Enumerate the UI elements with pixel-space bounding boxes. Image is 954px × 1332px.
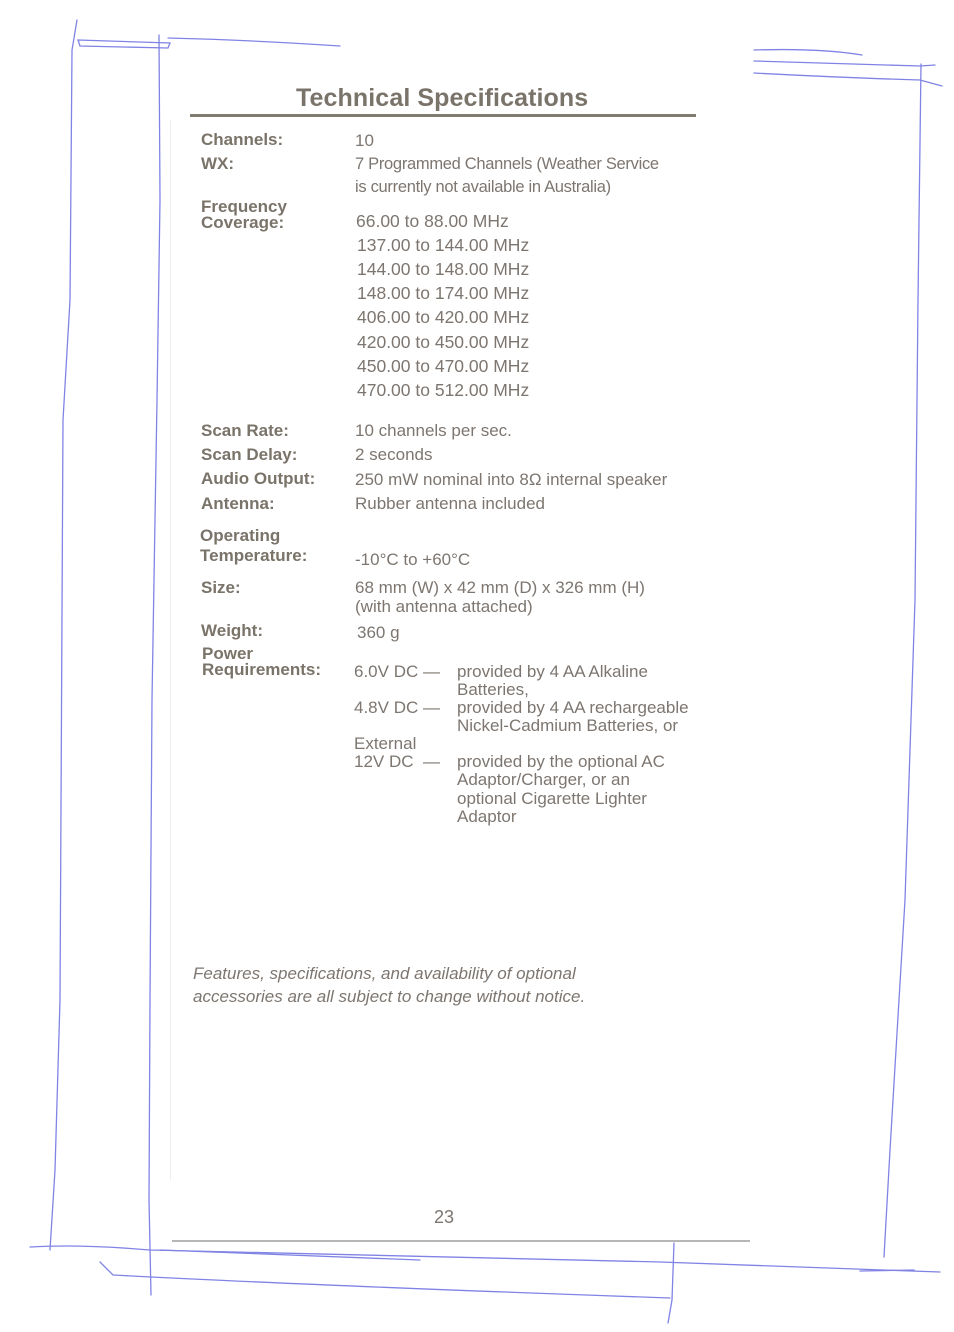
spec-value-wx-line2: is currently not available in Australia) xyxy=(355,178,611,197)
spec-value-audio-output: 250 mW nominal into 8Ω internal speaker xyxy=(355,470,667,489)
power-desc-1a: provided by 4 AA Alkaline xyxy=(457,663,648,681)
frequency-range: 66.00 to 88.00 MHz xyxy=(356,212,509,231)
power-desc-2a: provided by 4 AA rechargeable xyxy=(457,699,689,717)
spec-value-antenna: Rubber antenna included xyxy=(355,494,545,513)
spec-label-scan-delay: Scan Delay: xyxy=(201,447,297,463)
page-bottom-edge xyxy=(172,1240,750,1242)
frequency-range: 148.00 to 174.00 MHz xyxy=(357,284,529,303)
spec-label-temperature-1: Operating xyxy=(200,528,280,544)
spec-value-scan-delay: 2 seconds xyxy=(355,445,433,464)
spec-label-channels: Channels: xyxy=(201,132,283,148)
power-voltage-1: 6.0V DC — xyxy=(354,663,440,681)
power-voltage-2: 4.8V DC — xyxy=(354,699,440,717)
page-title: Technical Specifications xyxy=(296,84,588,113)
title-underline xyxy=(190,114,696,117)
spec-value-size-line2: (with antenna attached) xyxy=(355,597,533,616)
disclaimer-line-2: accessories are all subject to change wi… xyxy=(193,985,585,1008)
power-desc-1b: Batteries, xyxy=(457,681,529,699)
power-desc-3d: Adaptor xyxy=(457,808,517,826)
spec-value-scan-rate: 10 channels per sec. xyxy=(355,421,512,440)
spec-label-power-2: Requirements: xyxy=(202,662,321,678)
page-number: 23 xyxy=(434,1207,454,1228)
spec-value-wx-line1: 7 Programmed Channels (Weather Service xyxy=(355,155,659,174)
frequency-range: 470.00 to 512.00 MHz xyxy=(357,381,529,400)
spec-value-channels: 10 xyxy=(355,131,374,150)
power-desc-2b: Nickel-Cadmium Batteries, or xyxy=(457,717,678,735)
power-desc-3c: optional Cigarette Lighter xyxy=(457,790,647,808)
frequency-range: 420.00 to 450.00 MHz xyxy=(357,333,529,352)
frequency-range: 406.00 to 420.00 MHz xyxy=(357,308,529,327)
page-edge xyxy=(170,120,171,1180)
spec-value-size-line1: 68 mm (W) x 42 mm (D) x 326 mm (H) xyxy=(355,578,645,597)
spec-label-size: Size: xyxy=(201,580,241,596)
spec-label-antenna: Antenna: xyxy=(201,496,275,512)
power-desc-3a: provided by the optional AC xyxy=(457,753,665,771)
disclaimer-line-1: Features, specifications, and availabili… xyxy=(193,962,585,985)
spec-label-scan-rate: Scan Rate: xyxy=(201,423,289,439)
power-voltage-3-prefix: External xyxy=(354,735,416,753)
spec-label-temperature-2: Temperature: xyxy=(200,548,307,564)
spec-value-temperature: -10°C to +60°C xyxy=(355,550,470,569)
spec-label-frequency-2: Coverage: xyxy=(201,215,284,231)
spec-label-audio-output: Audio Output: xyxy=(201,471,315,487)
spec-label-wx: WX: xyxy=(201,156,234,172)
power-voltage-3: 12V DC — xyxy=(354,753,440,771)
power-desc-3b: Adaptor/Charger, or an xyxy=(457,771,630,789)
spec-value-weight: 360 g xyxy=(357,623,400,642)
spec-label-weight: Weight: xyxy=(201,623,263,639)
frequency-range: 450.00 to 470.00 MHz xyxy=(357,357,529,376)
frequency-range: 137.00 to 144.00 MHz xyxy=(357,236,529,255)
disclaimer-note: Features, specifications, and availabili… xyxy=(193,962,585,1008)
frequency-range: 144.00 to 148.00 MHz xyxy=(357,260,529,279)
